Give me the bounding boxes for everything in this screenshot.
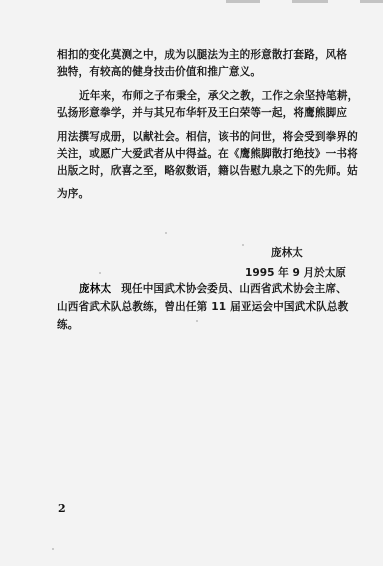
- bio-text-1: 现任中国武术协会委员、山西省武术协会主席、: [121, 283, 347, 295]
- bio-name: 庞林太: [79, 283, 111, 295]
- scan-speck: [52, 548, 54, 550]
- scan-artifact: [360, 0, 383, 3]
- scan-speck: [165, 232, 167, 234]
- scan-artifact: [292, 0, 328, 3]
- document-page: 相扣的变化莫测之中，成为以腿法为主的形意散打套路，风格 独特，有较高的健身技击价…: [0, 0, 383, 566]
- scan-artifact: [226, 0, 260, 3]
- body-line-3: 近年来，布师之子布秉全，承父之教，工作之余坚持笔耕，: [79, 90, 349, 103]
- bio-line-1: 庞林太现任中国武术协会委员、山西省武术协会主席、: [79, 283, 349, 296]
- signature-date-place: 1995 年 9 月於太原: [245, 267, 346, 280]
- signature-name: 庞林太: [271, 247, 303, 260]
- body-line-5: 用法撰写成册，以献社会。相信，该书的问世，将会受到拳界的: [57, 131, 327, 144]
- body-line-6: 关注，或愿广大爱武者从中得益。在《鹰熊脚散打绝技》一书将: [57, 148, 327, 161]
- scan-speck: [242, 244, 244, 246]
- body-line-7: 出版之时，欣喜之至，略叙数语，籍以告慰九泉之下的先师。姑: [57, 165, 327, 178]
- body-line-2: 独特，有较高的健身技击价值和推广意义。: [57, 66, 327, 79]
- body-line-8: 为序。: [57, 188, 327, 201]
- bio-line-3: 练。: [57, 319, 327, 332]
- page-number: 2: [58, 502, 66, 515]
- body-line-1: 相扣的变化莫测之中，成为以腿法为主的形意散打套路，风格: [57, 49, 327, 62]
- scan-speck: [99, 272, 101, 274]
- bio-line-2: 山西省武术队总教练，曾出任第 11 届亚运会中国武术队总教: [57, 301, 327, 314]
- body-line-4: 弘扬形意拳学，并与其兄布华轩及王臼荣等一起，将鹰熊脚应: [57, 107, 327, 120]
